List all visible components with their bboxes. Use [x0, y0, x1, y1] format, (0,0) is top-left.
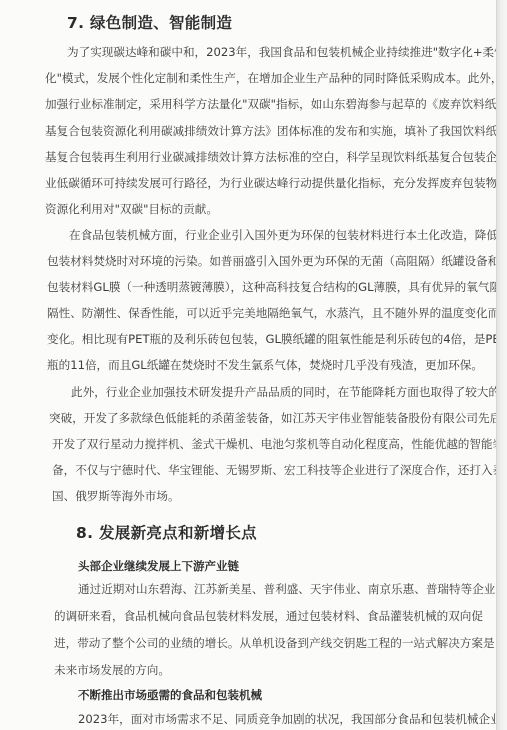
- text-line: 的调研来看，食品机械向食品包装材料发展，通过包装材料、食品灌装机械的双向促: [54, 609, 483, 623]
- text-line: 在食品包装机械方面，行业企业引入国外更为环保的包装材料进行本土化改造，降低: [69, 228, 498, 242]
- text-line: 业低碳循环可持续发展可行路径，为行业碳达峰行动提供量化指标，充分发挥废弃包装物: [45, 176, 497, 190]
- section-8-heading: 8. 发展新亮点和新增长点: [76, 521, 257, 543]
- text-line: 此外，行业企业加强技术研发提升产品品质的同时，在节能降耗方面也取得了较大的: [71, 385, 500, 399]
- text-line: 进，带动了整个公司的业绩的增长。从单机设备到产线交钥匙工程的一站式解决方案是: [54, 636, 495, 650]
- text-line: 包装材料焚烧时对环境的污染。如普丽盛引入国外更为环保的无菌（高阻隔）纸罐设备和: [47, 254, 499, 268]
- text-line: 变化。相比现有PET瓶的及利乐砖包包装，GL膜纸罐的阻氧性能是利乐砖包的4倍，是…: [47, 332, 507, 346]
- text-line: 加强行业标准制定，采用科学方法量化"双碳"指标，如山东碧海参与起草的《废弃饮料纸: [45, 97, 496, 111]
- text-line: 备，不仅与宁德时代、华宝锂能、无锡罗斯、宏工科技等企业进行了深度合作，还打入泰: [52, 463, 504, 477]
- subheading-market-demand: 不断推出市场亟需的食品和包装机械: [78, 687, 262, 703]
- text-line: 基复合包装资源化利用碳减排绩效计算方法》团体标准的发布和实施，填补了我国饮料纸: [45, 124, 497, 138]
- text-line: 瓶的11倍，而且GL纸罐在焚烧时不发生氯系气体，焚烧时几乎没有残渣，更加环保。: [47, 358, 483, 372]
- text-line: 资源化利用对"双碳"目标的贡献。: [45, 202, 218, 216]
- text-line: 为了实现碳达峰和碳中和，2023年，我国食品和包装机械企业持续推进"数字化+柔性: [67, 45, 506, 59]
- text-line: 国、俄罗斯等海外市场。: [52, 489, 180, 503]
- text-line: 隔性、防潮性、保香性能，可以近乎完美地隔绝氧气，水蒸汽，且不随外界的温度变化而: [47, 306, 499, 320]
- text-line: 未来市场发展的方向。: [54, 663, 170, 677]
- section-7-heading: 7. 绿色制造、智能制造: [67, 11, 232, 33]
- text-line: 2023年，面对市场需求不足、同质竞争加剧的状况，我国部分食品和包装机械企业: [78, 712, 502, 726]
- text-line: 基复合包装再生利用行业碳减排绩效计算方法标准的空白，科学呈现饮料纸基复合包装企: [45, 150, 497, 164]
- page-binding-edge: [496, 0, 507, 730]
- text-line: 化"模式，发展个性化定制和柔性生产，在增加企业生产品种的同时降低采购成本。此外，: [45, 71, 503, 85]
- text-line: 开发了双行星动力搅拌机、釜式干燥机、电池匀浆机等自动化程度高，性能优越的智能装: [52, 437, 504, 451]
- subheading-upstream-downstream: 头部企业继续发展上下游产业链: [78, 558, 239, 574]
- text-line: 包装材料GL膜（一种透明蒸镀薄膜），这种高科技复合结构的GL薄膜，具有优异的氧气…: [47, 280, 501, 294]
- text-line: 通过近期对山东碧海、江苏新美星、普利盛、天宇伟业、南京乐惠、普瑞特等企业: [78, 582, 495, 596]
- text-line: 突破，开发了多款绿色低能耗的杀菌釜装备，如江苏天宇伟业智能装备股份有限公司先后: [49, 411, 501, 425]
- document-page: 7. 绿色制造、智能制造 为了实现碳达峰和碳中和，2023年，我国食品和包装机械…: [0, 0, 497, 730]
